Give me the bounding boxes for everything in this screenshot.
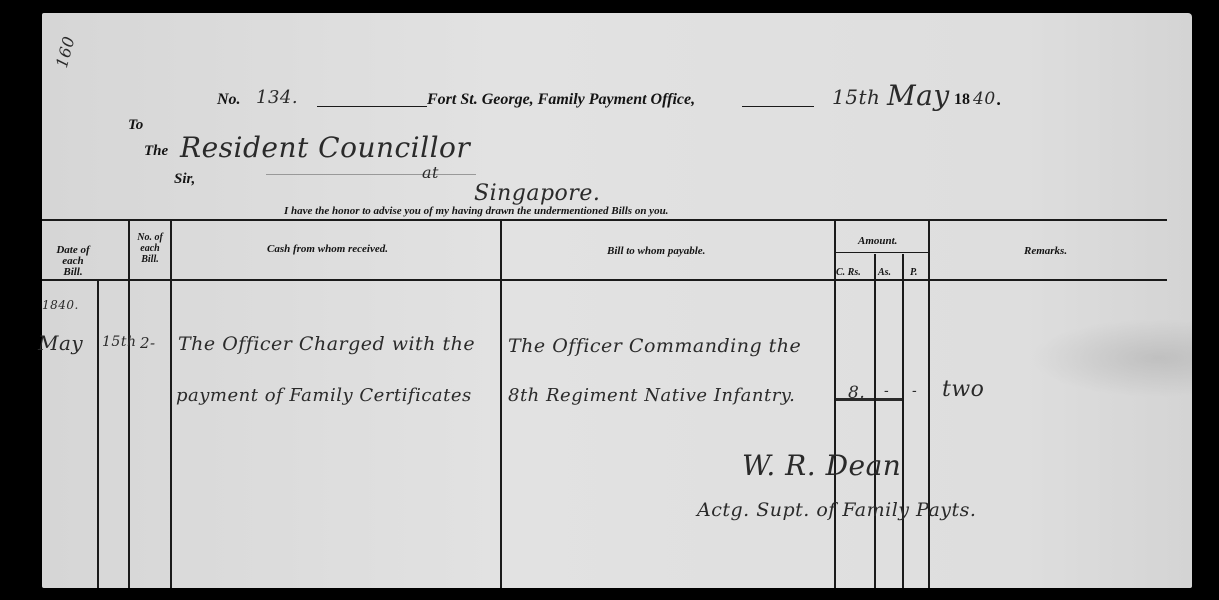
header-no-line2: each xyxy=(140,243,159,254)
row-day: 15th xyxy=(102,334,136,350)
margin-note: 160 xyxy=(52,34,79,70)
header-rupees: C. Rs. xyxy=(836,267,861,278)
row-annas: - xyxy=(884,383,889,399)
header-no-line3: Bill. xyxy=(141,254,159,265)
signature-name: W. R. Dean xyxy=(742,449,901,482)
document-page: 160 No. 134. Fort St. George, Family Pay… xyxy=(42,13,1192,588)
col-divider xyxy=(500,219,502,588)
row-rupees: 8. xyxy=(848,383,865,403)
date-year-printed: 18 xyxy=(954,91,970,109)
row-year: 1840. xyxy=(42,298,79,312)
the-label: The xyxy=(144,143,168,160)
row-cash-from-line2: payment of Family Certificates xyxy=(176,385,472,406)
header-cash-from: Cash from whom received. xyxy=(267,243,388,255)
number-label: No. xyxy=(217,91,241,109)
table-top-rule xyxy=(42,219,1167,221)
header-date-line2: Bill. xyxy=(63,266,82,278)
date-month: May xyxy=(887,79,950,112)
to-label: To xyxy=(128,117,143,134)
row-remarks: two xyxy=(942,377,984,402)
header-date: Date of each Bill. xyxy=(48,245,98,278)
amount-subrule xyxy=(834,252,928,253)
col-divider xyxy=(128,219,130,588)
col-divider xyxy=(170,219,172,588)
col-divider xyxy=(928,219,930,588)
office-name: Fort St. George, Family Payment Office, xyxy=(427,91,695,109)
header-bill-no: No. of each Bill. xyxy=(130,232,170,265)
location: Singapore. xyxy=(474,181,600,206)
date-end: . xyxy=(997,89,1002,110)
row-bill-no: 2- xyxy=(140,334,156,352)
row-pice: - xyxy=(912,383,917,399)
row-payable-to-line2: 8th Regiment Native Infantry. xyxy=(508,385,795,406)
col-divider xyxy=(874,254,876,588)
advice-text: I have the honor to advise you of my hav… xyxy=(284,205,668,217)
recipient: Resident Councillor xyxy=(180,131,470,164)
date-day: 15th xyxy=(832,85,880,109)
amount-total-rule xyxy=(834,398,902,401)
table-header-rule xyxy=(42,279,1167,281)
row-month: May xyxy=(38,331,83,355)
row-payable-to-line1: The Officer Commanding the xyxy=(508,335,801,357)
rule xyxy=(317,106,427,107)
date-year-written: 40 xyxy=(973,89,996,109)
rule xyxy=(266,174,476,175)
header-amount: Amount. xyxy=(858,235,897,247)
col-divider xyxy=(902,254,904,588)
header-no-line1: No. of xyxy=(137,232,163,243)
at-label: at xyxy=(422,163,439,182)
rule xyxy=(742,106,814,107)
col-divider xyxy=(97,279,99,588)
number-value: 134. xyxy=(256,87,298,108)
header-payable-to: Bill to whom payable. xyxy=(607,245,705,257)
header-remarks: Remarks. xyxy=(1024,245,1067,257)
sir-label: Sir, xyxy=(174,171,195,188)
header-annas: As. xyxy=(878,267,891,278)
row-cash-from-line1: The Officer Charged with the xyxy=(178,333,475,355)
signature-title: Actg. Supt. of Family Payts. xyxy=(697,499,976,521)
header-date-line1: Date of each xyxy=(56,244,89,267)
header-pice: P. xyxy=(910,267,917,278)
